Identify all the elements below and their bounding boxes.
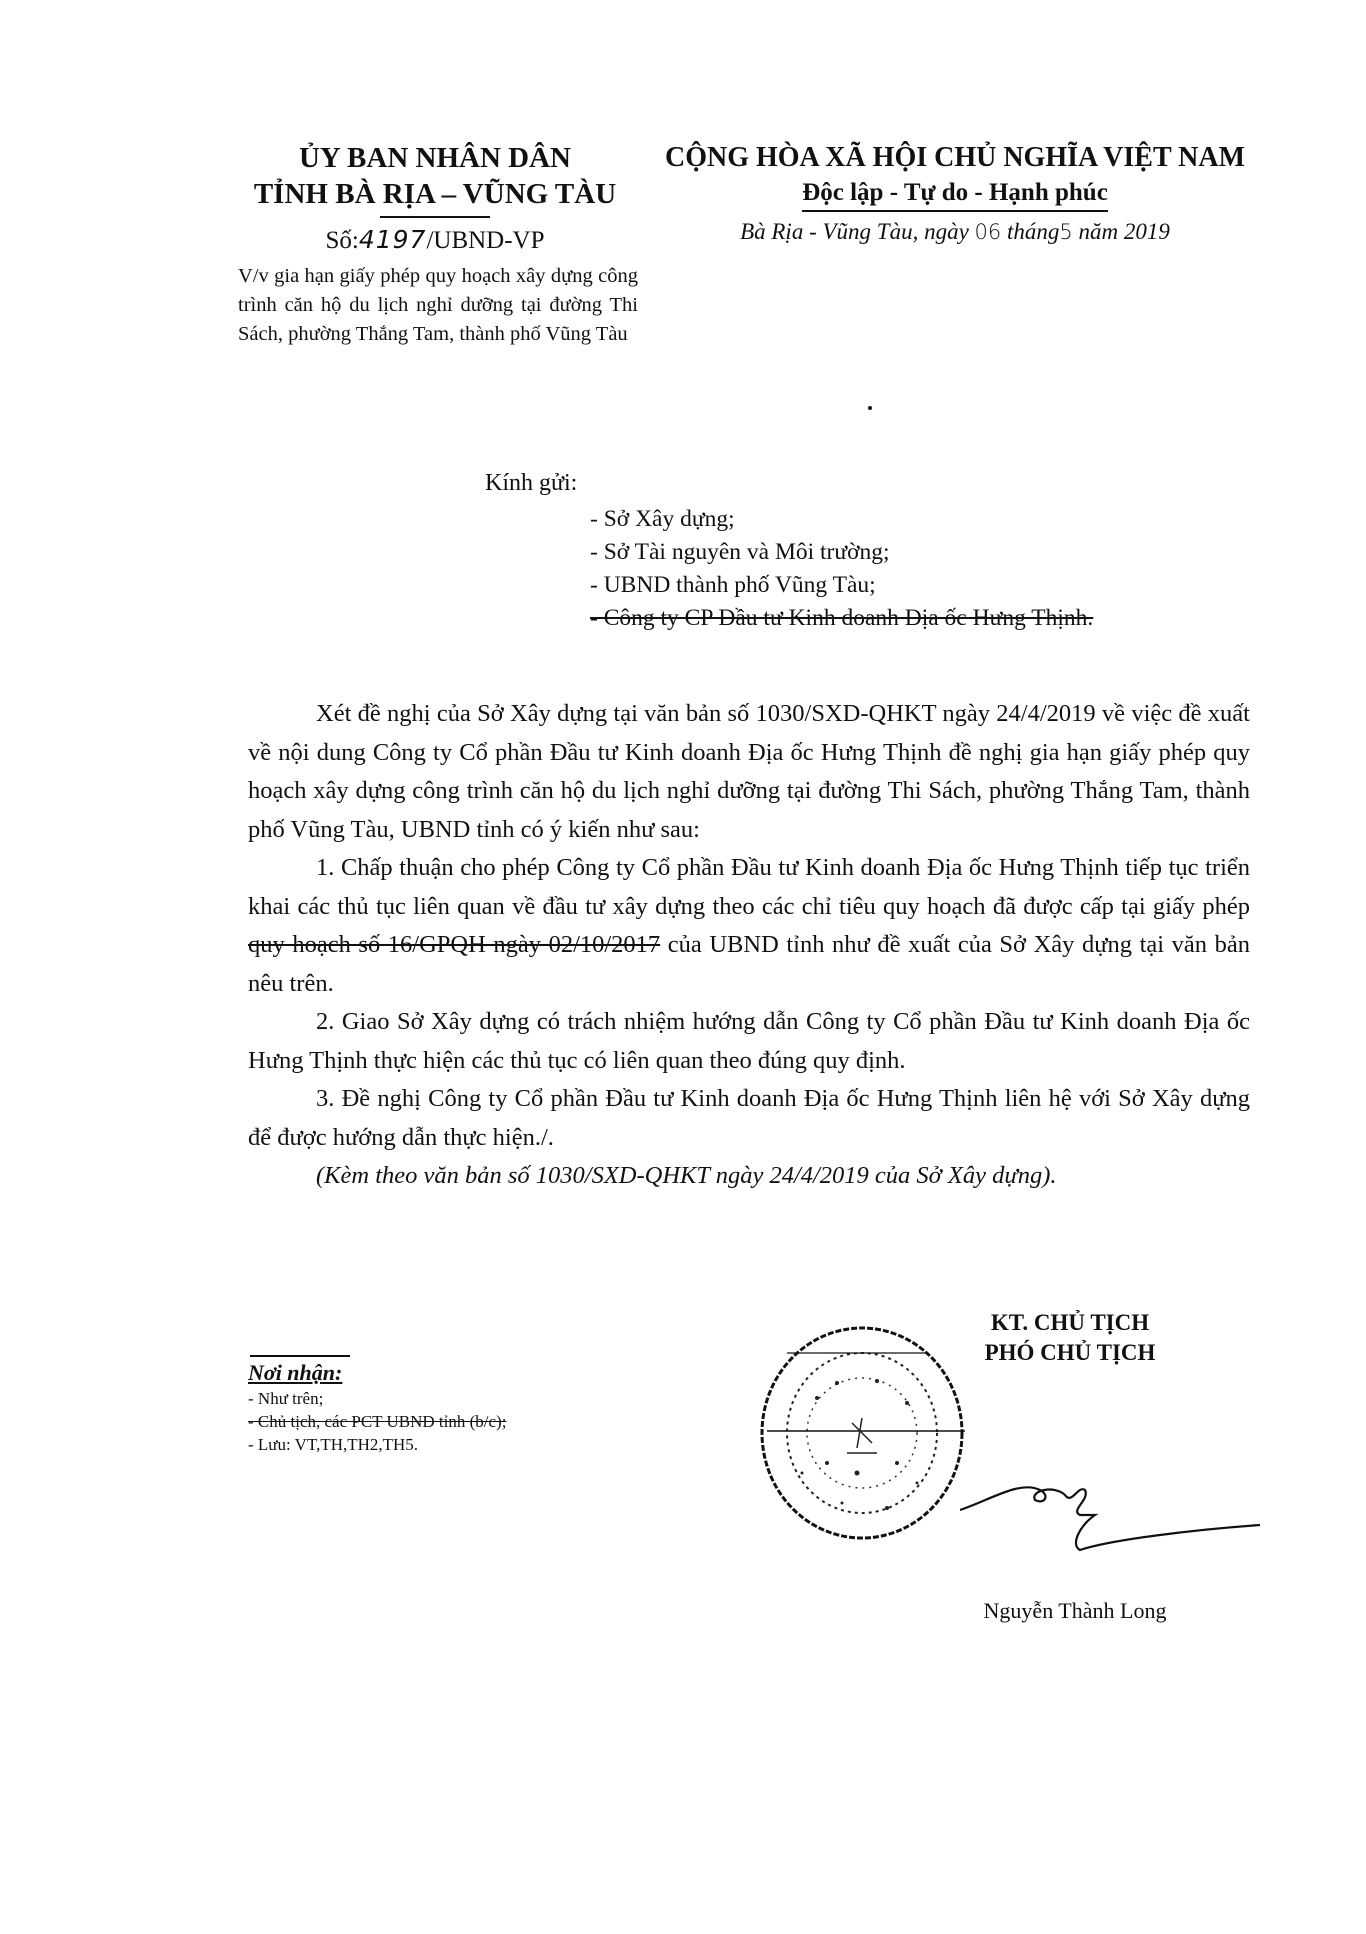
letter-body: Xét đề nghị của Sở Xây dựng tại văn bản … — [248, 695, 1250, 1196]
recipients-list: - Sở Xây dựng; - Sở Tài nguyên và Môi tr… — [590, 503, 1093, 635]
date-month: 5 — [1059, 220, 1072, 244]
distribution-title: Nơi nhận: — [248, 1359, 568, 1387]
issue-date: Bà Rịa - Vũng Tàu, ngày 06 tháng5 năm 20… — [655, 214, 1255, 250]
doc-number-label: Số: — [325, 227, 358, 254]
date-day: 06 — [975, 220, 1002, 244]
date-prefix: Bà Rịa - Vũng Tàu, ngày — [740, 219, 969, 244]
date-month-label: tháng — [1007, 219, 1059, 244]
date-year: năm 2019 — [1079, 219, 1170, 244]
national-title: CỘNG HÒA XÃ HỘI CHỦ NGHĨA VIỆT NAM — [655, 140, 1255, 176]
signature-title-block: KT. CHỦ TỊCH PHÓ CHỦ TỊCH — [910, 1308, 1230, 1368]
body-intro: Xét đề nghị của Sở Xây dựng tại văn bản … — [248, 695, 1250, 849]
body-item-1: 1. Chấp thuận cho phép Công ty Cổ phần Đ… — [248, 849, 1250, 1003]
body-item-3: 3. Đề nghị Công ty Cổ phần Đầu tư Kinh d… — [248, 1080, 1250, 1157]
recipient-item: - Sở Xây dựng; — [590, 503, 1093, 536]
recipients-label: Kính gửi: — [485, 468, 577, 498]
handwritten-signature-icon — [960, 1470, 1260, 1560]
distribution-rule — [250, 1355, 350, 1357]
item1-struck-text: quy hoạch số 16/GPQH ngày 02/10/2017 — [248, 931, 660, 958]
distribution-block: Nơi nhận: - Như trên; - Chủ tịch, các PC… — [248, 1355, 568, 1456]
issuer-underline — [380, 216, 490, 218]
body-attachment-note: (Kèm theo văn bản số 1030/SXD-QHKT ngày … — [248, 1157, 1250, 1196]
national-header: CỘNG HÒA XÃ HỘI CHỦ NGHĨA VIỆT NAM Độc l… — [655, 140, 1255, 250]
scan-speck — [868, 406, 872, 410]
doc-number-suffix: /UBND-VP — [426, 227, 544, 254]
recipient-item: - Công ty CP Đầu tư Kinh doanh Địa ốc Hư… — [590, 602, 1093, 635]
issuer-org-line1: ỦY BAN NHÂN DÂN — [210, 140, 660, 176]
body-item-2: 2. Giao Sở Xây dựng có trách nhiệm hướng… — [248, 1003, 1250, 1080]
item1-text: 1. Chấp thuận cho phép Công ty Cổ phần Đ… — [248, 854, 1250, 920]
distribution-item: - Như trên; — [248, 1387, 568, 1410]
signer-name: Nguyễn Thành Long — [960, 1596, 1190, 1626]
doc-number-handwritten: 4197 — [359, 225, 427, 254]
national-motto: Độc lập - Tự do - Hạnh phúc — [802, 176, 1108, 212]
issuer-block: ỦY BAN NHÂN DÂN TỈNH BÀ RỊA – VŨNG TÀU S… — [210, 140, 660, 259]
recipient-item: - UBND thành phố Vũng Tàu; — [590, 569, 1093, 602]
distribution-item: - Chủ tịch, các PCT UBND tỉnh (b/c); — [248, 1410, 568, 1433]
issuer-org-line2: TỈNH BÀ RỊA – VŨNG TÀU — [210, 176, 660, 212]
signature-title-line2: PHÓ CHỦ TỊCH — [910, 1338, 1230, 1368]
recipient-item: - Sở Tài nguyên và Môi trường; — [590, 536, 1093, 569]
document-subject: V/v gia hạn giấy phép quy hoạch xây dựng… — [238, 262, 638, 349]
signature-title-line1: KT. CHỦ TỊCH — [910, 1308, 1230, 1338]
distribution-item: - Lưu: VT,TH,TH2,TH5. — [248, 1433, 568, 1456]
document-number: Số:4197/UBND-VP — [210, 222, 660, 259]
